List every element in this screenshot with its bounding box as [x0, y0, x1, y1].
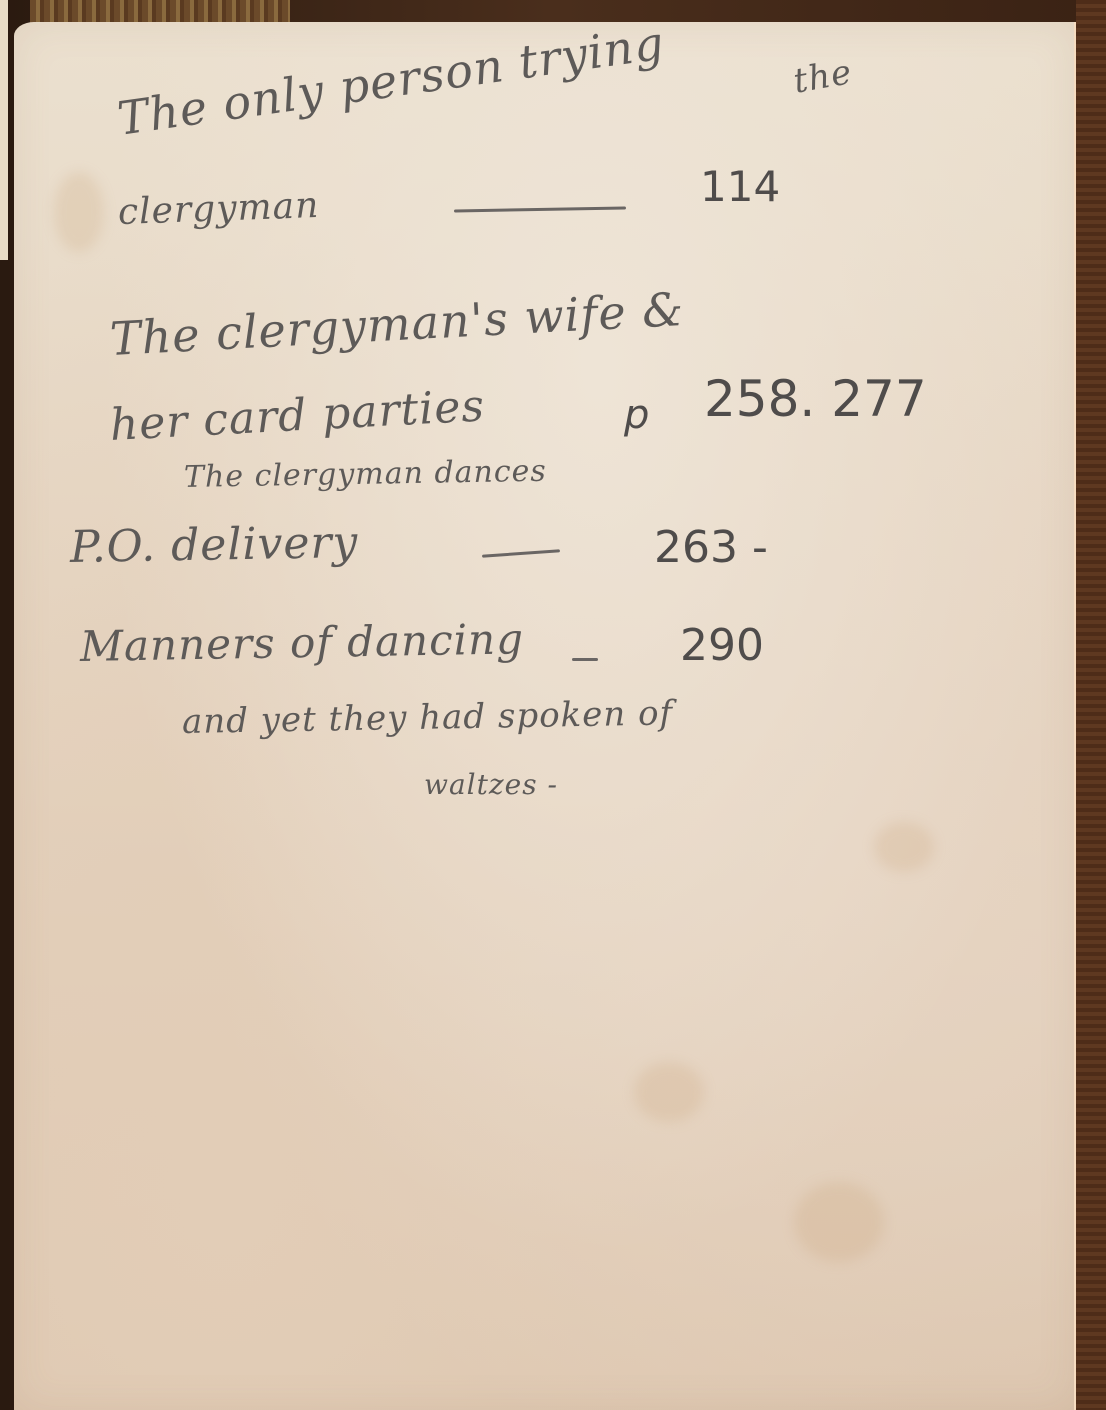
endpaper-page: The only person trying the clergyman 114… — [14, 22, 1076, 1410]
note-3-text: The clergyman dances — [184, 454, 547, 495]
foxing-spot — [874, 822, 934, 872]
note-1-page-number: 114 — [700, 162, 780, 211]
book-binding-left — [0, 0, 14, 260]
note-1-text: The only person trying — [114, 16, 667, 146]
note-1-dash — [454, 206, 626, 212]
note-2-continuation: her card parties — [109, 380, 486, 451]
note-1-continuation: clergyman — [117, 185, 320, 233]
photo-scene: The only person trying the clergyman 114… — [0, 0, 1106, 1410]
note-4-page-number: 263 - — [654, 522, 768, 573]
note-6-text: and yet they had spoken of — [182, 693, 674, 742]
note-5-dash — [572, 658, 598, 661]
book-binding-right — [1076, 0, 1106, 1410]
note-5-text: Manners of dancing — [80, 614, 525, 671]
foxing-spot — [794, 1182, 884, 1262]
foxing-spot — [54, 172, 104, 252]
note-2-page-prefix: p — [624, 392, 649, 438]
foxing-spot — [634, 1062, 704, 1122]
note-2-text: The clergyman's wife & — [109, 282, 686, 366]
note-5-page-number: 290 — [680, 620, 764, 671]
note-2-page-numbers: 258. 277 — [704, 370, 927, 428]
note-4-text: P.O. delivery — [70, 517, 359, 573]
note-1-insert: the — [791, 52, 856, 102]
note-4-dash — [482, 549, 560, 557]
note-6-continuation: waltzes - — [424, 768, 558, 801]
